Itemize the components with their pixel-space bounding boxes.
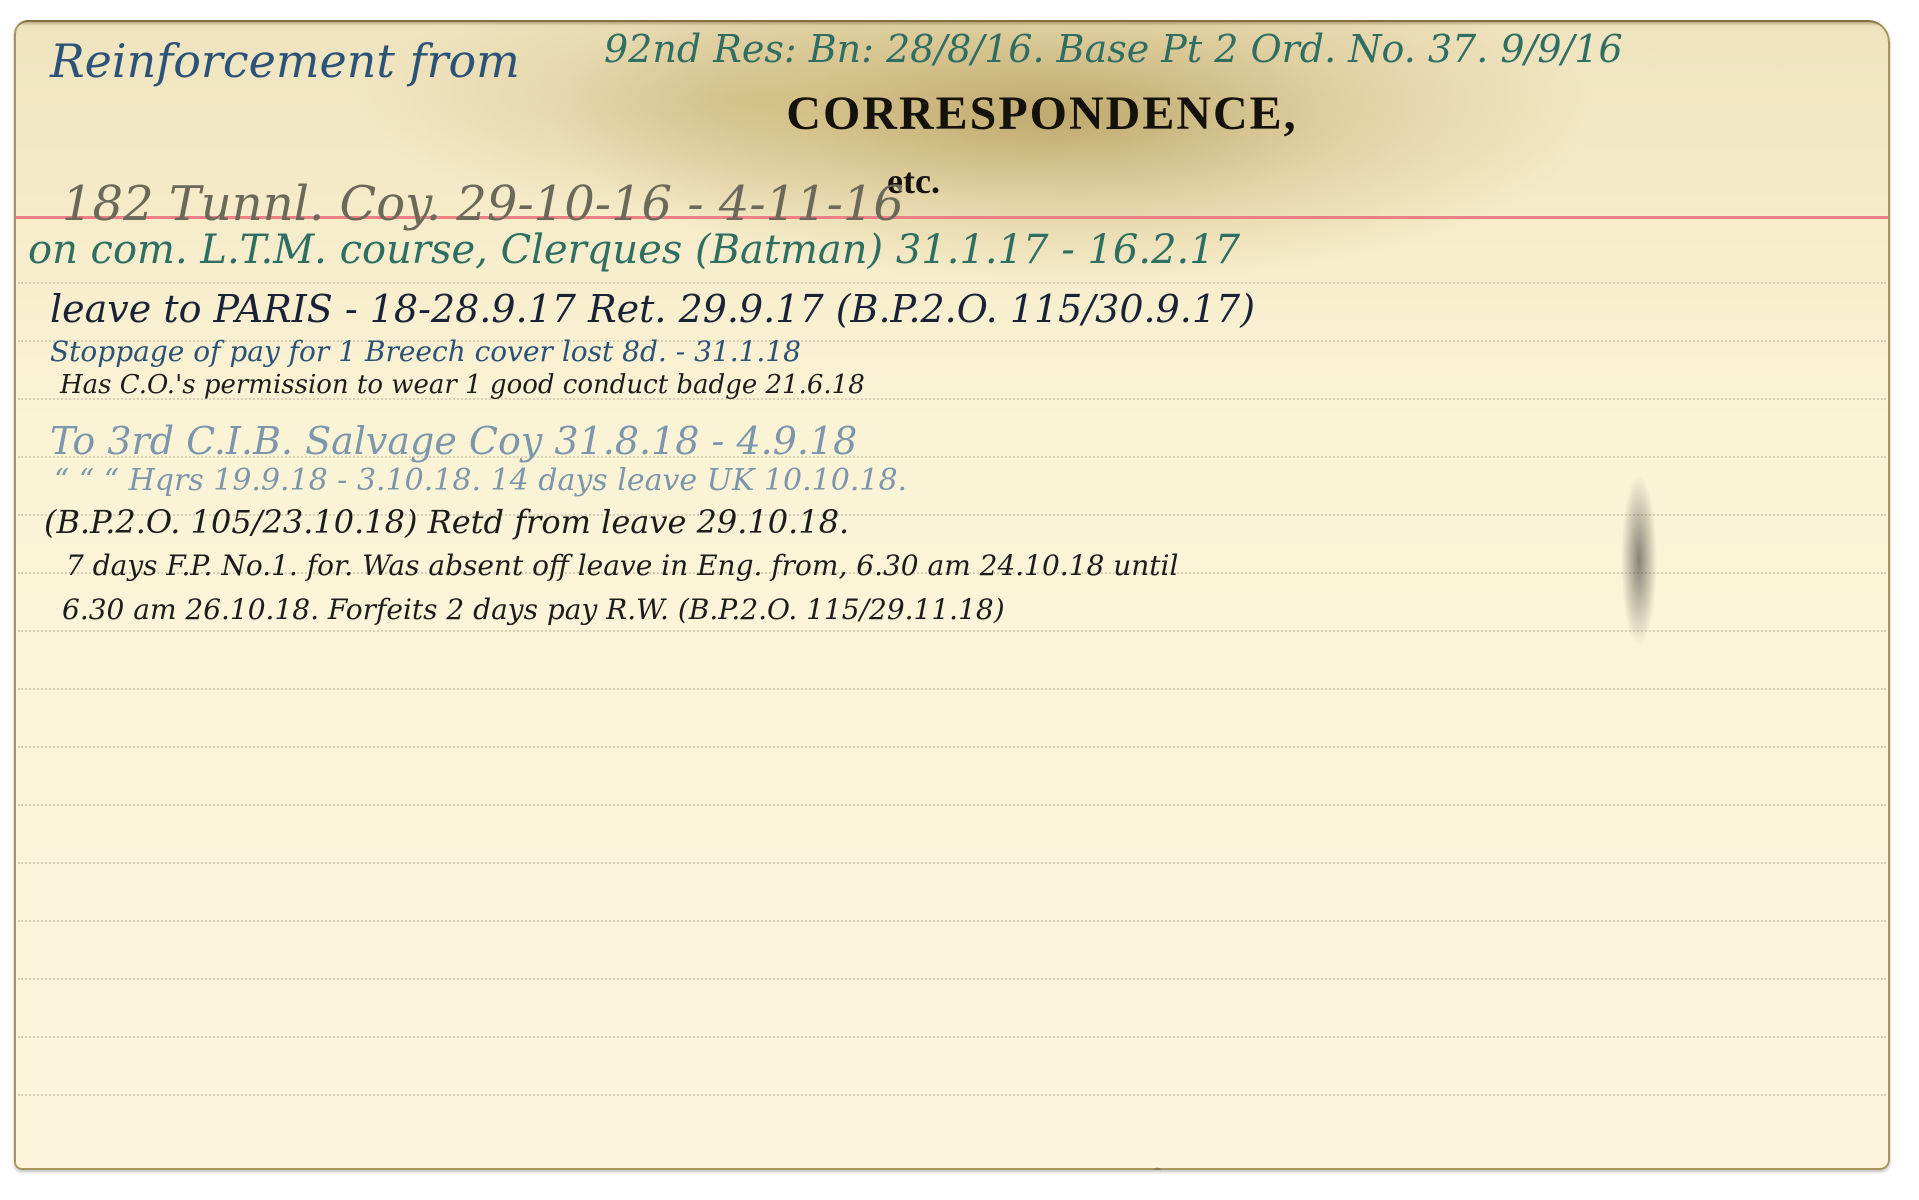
edge-nick [1147, 1166, 1171, 1170]
ruled-line [18, 1036, 1886, 1038]
entry-salvage-coy: To 3rd C.I.B. Salvage Coy 31.8.18 - 4.9.… [50, 422, 857, 460]
entry-tunnelling: 182 Tunnl. Coy. 29-10-16 - 4-11-16 [62, 180, 904, 228]
ruled-line [18, 1094, 1886, 1096]
entry-stoppage: Stoppage of pay for 1 Breech cover lost … [50, 338, 801, 366]
entry-fp-no1-b: 6.30 am 26.10.18. Forfeits 2 days pay R.… [62, 596, 1005, 624]
entry-hqrs: “ “ “ Hqrs 19.9.18 - 3.10.18. 14 days le… [54, 466, 907, 496]
service-record-card: CORRESPONDENCE, etc. Reinforcement from … [14, 20, 1890, 1170]
ruled-line [18, 746, 1886, 748]
ruled-line [18, 804, 1886, 806]
entry-reinforcement-a: Reinforcement from [50, 38, 520, 84]
entry-returned: (B.P.2.O. 105/23.10.18) Retd from leave … [44, 506, 849, 538]
entry-reinforcement-b: 92nd Res: Bn: 28/8/16. Base Pt 2 Ord. No… [604, 30, 1623, 68]
printed-heading: CORRESPONDENCE, [14, 86, 1890, 141]
ruled-line [18, 282, 1886, 284]
entry-good-conduct: Has C.O.'s permission to wear 1 good con… [60, 372, 865, 398]
ruled-line [18, 978, 1886, 980]
entry-fp-no1-a: 7 days F.P. No.1. for. Was absent off le… [66, 552, 1178, 580]
ruled-line [18, 630, 1886, 632]
ruled-line [18, 688, 1886, 690]
ink-smudge [1619, 475, 1659, 645]
ruled-line [18, 862, 1886, 864]
ruled-line [18, 920, 1886, 922]
entry-paris-leave: leave to PARIS - 18-28.9.17 Ret. 29.9.17… [50, 290, 1255, 328]
entry-ltm-course: on com. L.T.M. course, Clerques (Batman)… [28, 230, 1240, 270]
